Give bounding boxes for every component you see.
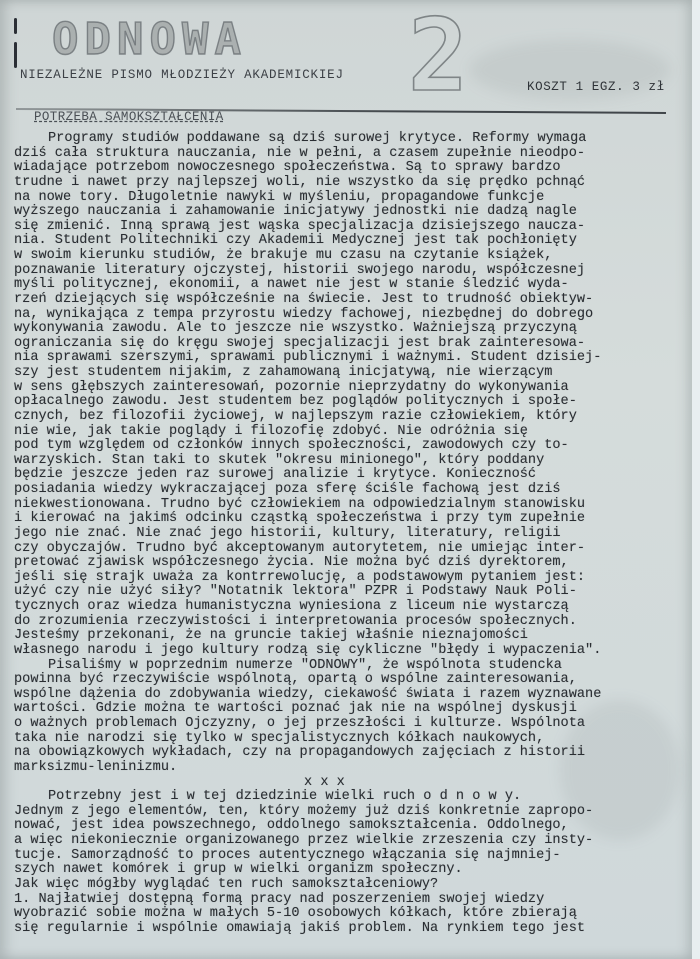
text-line: myśli politycznej, ekonomii, a nawet nie…: [14, 278, 684, 293]
article-body: Programy studiów poddawane są dziś surow…: [14, 132, 684, 936]
text-line: pod tym względem od członków innych społ…: [14, 439, 684, 454]
text-line: jeśli się strajk uważa za kontrrewolucję…: [14, 571, 684, 586]
text-line: warzyskich. Stan taki to skutek "okresu …: [14, 454, 684, 469]
text-line: dziś cała struktura nauczania, nie w peł…: [14, 147, 684, 162]
text-line: Jak więc mógłby wyglądać ten ruch samoks…: [14, 878, 684, 893]
text-line: poznawanie literatury ojczystej, histori…: [14, 264, 684, 279]
text-line: się zmienić. Inną sprawą jest wąska spec…: [14, 220, 684, 235]
document-page: ODNOWA 2 NIEZALEŻNE PISMO MŁODZIEŻY AKAD…: [0, 0, 692, 959]
section-separator: x x x: [14, 776, 684, 791]
text-line: wykonywania zawodu. Ale to jeszcze nie w…: [14, 322, 684, 337]
text-line: Potrzebny jest i w tej dziedzinie wielki…: [14, 790, 684, 805]
text-line: 1. Najłatwiej dostępną formą pracy nad p…: [14, 893, 684, 908]
text-line: Pisaliśmy w poprzednim numerze "ODNOWY",…: [14, 659, 684, 674]
text-line: pretować zjawisk współczesnego życia. Ni…: [14, 556, 684, 571]
text-line: własnego narodu i jego kultury rodzą się…: [14, 644, 684, 659]
text-line: jego nie znać. Nie znać jego historii, k…: [14, 527, 684, 542]
text-line: w sens głębszych zainteresowań, pozornie…: [14, 381, 684, 396]
text-line: na, wynikająca z tempa przyrostu wiedzy …: [14, 308, 684, 323]
text-line: o ważnych problemach Ojczyzny, o jej prz…: [14, 717, 684, 732]
text-line: nować, jest idea powszechnego, oddolnego…: [14, 819, 684, 834]
page-edge: [692, 0, 700, 959]
text-line: nie wie, jak takie poglądy i filozofię z…: [14, 425, 684, 440]
text-line: nia sprawami szerszymi, sprawami publicz…: [14, 351, 684, 366]
text-line: będzie jeszcze jeden raz surowej analizi…: [14, 468, 684, 483]
text-line: wyższego nauczania i zahamowanie inicjat…: [14, 205, 684, 220]
masthead-title: ODNOWA: [52, 14, 247, 65]
text-line: trudne i nawet przy najlepszej woli, nie…: [14, 176, 684, 191]
text-line: do zrozumienia rzeczywistości i interpre…: [14, 615, 684, 630]
binding-mark: [14, 42, 17, 68]
text-line: czy obyczajów. Trudno być akceptowanym a…: [14, 542, 684, 557]
text-line: rzeń dziejących się współcześnie na świe…: [14, 293, 684, 308]
text-line: niekwestionowana. Trudno być człowiekiem…: [14, 498, 684, 513]
text-line: wiadające potrzebom nowoczesnego społecz…: [14, 161, 684, 176]
binding-mark: [14, 18, 17, 34]
text-line: marksizmu-leninizmu.: [14, 761, 684, 776]
text-line: Jednym z jego elementów, ten, który może…: [14, 805, 684, 820]
text-line: się regularnie i wspólnie omawiają jakiś…: [14, 922, 684, 937]
issue-number: 2: [408, 6, 468, 106]
text-line: Jesteśmy przekonani, że na gruncie takie…: [14, 629, 684, 644]
text-line: na obowiązkowych wykładach, czy na propa…: [14, 746, 684, 761]
price-label: KOSZT 1 EGZ. 3 zł: [527, 80, 665, 94]
text-line: wartości. Gdzie można te wartości poznać…: [14, 702, 684, 717]
article-title: POTRZEBA SAMOKSZTAŁCENIA: [34, 110, 224, 124]
text-line: na nowe tory. Długoletnie nawyki w myśle…: [14, 191, 684, 206]
masthead-subtitle: NIEZALEŻNE PISMO MŁODZIEŻY AKADEMICKIEJ: [20, 68, 344, 82]
text-line: i kierować na jakimś odcinku cząstką spo…: [14, 512, 684, 527]
text-line: opłacalnego zawodu. Jest studentem bez p…: [14, 395, 684, 410]
text-line: cznych, bez filozofii życiowej, w najlep…: [14, 410, 684, 425]
text-line: powinna być rzeczywiście wspólnotą, opar…: [14, 673, 684, 688]
text-line: ograniczania się do kręgu swojej specjal…: [14, 337, 684, 352]
text-line: posiadania wiedzy wykraczającej poza sfe…: [14, 483, 684, 498]
text-line: szych nawet komórek i grup w wielki orga…: [14, 863, 684, 878]
text-line: tucje. Samorządność to proces autentyczn…: [14, 849, 684, 864]
text-line: Programy studiów poddawane są dziś surow…: [14, 132, 684, 147]
text-line: tycznych oraz wiedza humanistyczna wynie…: [14, 600, 684, 615]
text-line: użyć czy nie użyć siły? "Notatnik lektor…: [14, 585, 684, 600]
text-line: szy jest studentem nijakim, z zahamowaną…: [14, 366, 684, 381]
text-line: wspólne dążenia do zdobywania wiedzy, ci…: [14, 688, 684, 703]
text-line: nia. Student Politechniki czy Akademii M…: [14, 234, 684, 249]
text-line: a więc niekoniecznie organizowanego prze…: [14, 834, 684, 849]
text-line: w swoim kierunku studiów, że brakuje mu …: [14, 249, 684, 264]
text-line: wyobrazić sobie można w małych 5-10 osob…: [14, 907, 684, 922]
text-line: taka nie narodzi się tylko w specjalisty…: [14, 732, 684, 747]
